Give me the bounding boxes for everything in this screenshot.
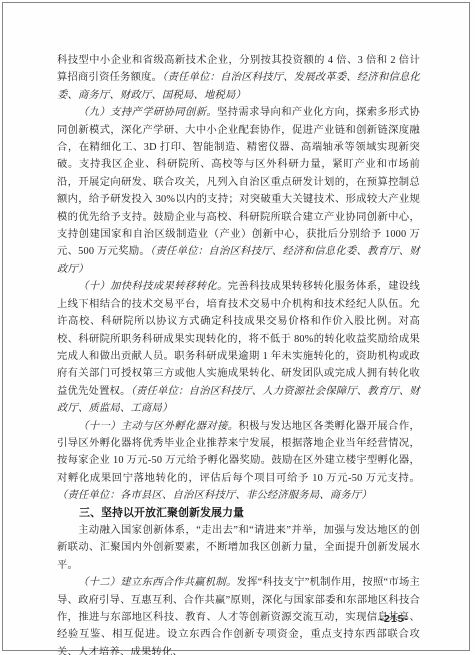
document-body: 科技型中小企业和省级高新技术企业，分别按其投资额的 4 倍、3 倍和 2 倍计算…: [57, 52, 420, 655]
paragraph-item-10: （十）加快科技成果转移转化。完善科技成果转移转化服务体系，建设线上线下相结合的技…: [57, 278, 420, 417]
item-lead: （九）支持产学研协同创新。: [78, 107, 217, 118]
paragraph-continuation: 科技型中小企业和省级高新技术企业，分别按其投资额的 4 倍、3 倍和 2 倍计算…: [57, 52, 420, 104]
section-heading: 三、坚持以开放汇聚创新发展力量: [57, 505, 420, 522]
item-lead: （十一）主动与区外孵化器对接。: [78, 421, 238, 432]
paragraph-text: 坚持需求导向和产业化方向，探索多形式协同创新模式，深化产学研、大中小企业配套协作…: [57, 107, 420, 257]
page-number: -215-: [379, 613, 409, 625]
item-lead: （十二）建立东西合作共赢机制。: [78, 577, 236, 588]
paragraph-text: 发挥“科技支宁”机制作用，按照“市场主导、政府引导、互惠互利、合作共赢”原则，深…: [57, 577, 420, 655]
paragraph-text: 完善科技成果转移转化服务体系，建设线上线下相结合的技术交易平台，培育技术交易中介…: [57, 281, 420, 396]
document-page: 科技型中小企业和省级高新技术企业，分别按其投资额的 4 倍、3 倍和 2 倍计算…: [0, 0, 475, 655]
paragraph-item-12: （十二）建立东西合作共赢机制。发挥“科技支宁”机制作用，按照“市场主导、政府引导…: [57, 574, 420, 655]
paragraph-item-9: （九）支持产学研协同创新。坚持需求导向和产业化方向，探索多形式协同创新模式，深化…: [57, 104, 420, 278]
paragraph-text: 主动融入国家创新体系，“走出去”和“请进来”并举，加强与发达地区的创新联动、汇聚…: [57, 525, 420, 571]
paragraph-section-intro: 主动融入国家创新体系，“走出去”和“请进来”并举，加强与发达地区的创新联动、汇聚…: [57, 522, 420, 574]
item-lead: （十）加快科技成果转移转化。: [78, 281, 228, 292]
paragraph-item-11: （十一）主动与区外孵化器对接。积极与发达地区各类孵化器开展合作，引导区外孵化器将…: [57, 418, 420, 505]
responsibility-note: （责任单位：各市县区、自治区科技厅、非公经济服务局、商务厅）: [57, 490, 372, 501]
